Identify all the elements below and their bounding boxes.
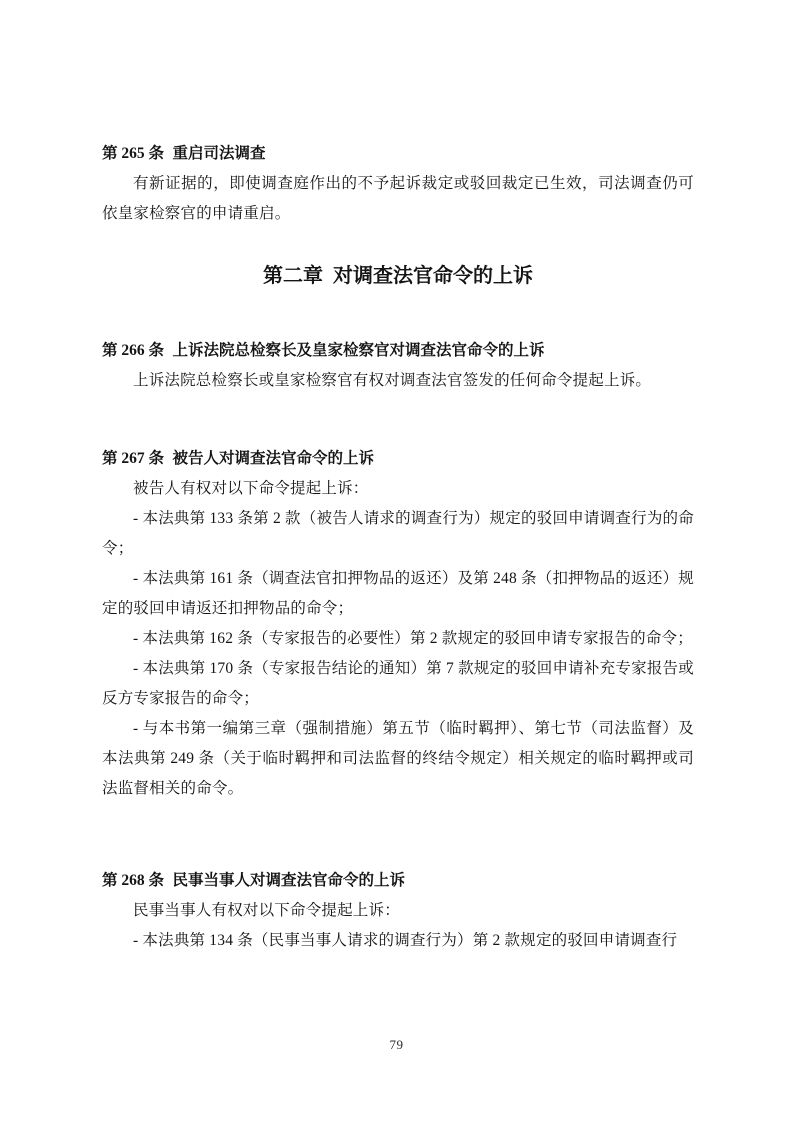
article-268-intro: 民事当事人有权对以下命令提起上诉： — [102, 896, 694, 926]
article-265-title: 重启司法调查 — [173, 145, 266, 162]
article-266: 第 266 条上诉法院总检察长及皇家检察官对调查法官命令的上诉 上诉法院总检察长… — [102, 336, 694, 396]
article-267-number: 第 267 条 — [102, 450, 164, 467]
article-265-paragraph-1: 有新证据的，即使调查庭作出的不予起诉裁定或驳回裁定已生效，司法调查仍可依皇家检察… — [102, 169, 694, 229]
chapter-number: 第二章 — [263, 265, 323, 287]
article-266-title: 上诉法院总检察长及皇家检察官对调查法官命令的上诉 — [173, 342, 545, 359]
article-267-intro: 被告人有权对以下命令提起上诉： — [102, 474, 694, 504]
article-268-number: 第 268 条 — [102, 872, 164, 889]
article-267-item-3: - 本法典第 162 条（专家报告的必要性）第 2 款规定的驳回申请专家报告的命… — [102, 624, 694, 654]
article-268: 第 268 条民事当事人对调查法官命令的上诉 民事当事人有权对以下命令提起上诉：… — [102, 866, 694, 956]
article-267-item-2: - 本法典第 161 条（调查法官扣押物品的返还）及第 248 条（扣押物品的返… — [102, 564, 694, 624]
article-266-paragraph-1: 上诉法院总检察长或皇家检察官有权对调查法官签发的任何命令提起上诉。 — [102, 366, 694, 396]
article-265: 第 265 条重启司法调查 有新证据的，即使调查庭作出的不予起诉裁定或驳回裁定已… — [102, 139, 694, 229]
article-267-item-4: - 本法典第 170 条（专家报告结论的通知）第 7 款规定的驳回申请补充专家报… — [102, 654, 694, 714]
article-267-item-5: - 与本书第一编第三章（强制措施）第五节（临时羁押）、第七节（司法监督）及本法典… — [102, 714, 694, 804]
article-267-item-1: - 本法典第 133 条第 2 款（被告人请求的调查行为）规定的驳回申请调查行为… — [102, 504, 694, 564]
article-268-item-1: - 本法典第 134 条（民事当事人请求的调查行为）第 2 款规定的驳回申请调查… — [102, 926, 694, 956]
article-267-heading: 第 267 条被告人对调查法官命令的上诉 — [102, 444, 694, 474]
article-266-heading: 第 266 条上诉法院总检察长及皇家检察官对调查法官命令的上诉 — [102, 336, 694, 366]
page-content: 第 265 条重启司法调查 有新证据的，即使调查庭作出的不予起诉裁定或驳回裁定已… — [102, 139, 694, 956]
article-267: 第 267 条被告人对调查法官命令的上诉 被告人有权对以下命令提起上诉： - 本… — [102, 444, 694, 804]
article-268-heading: 第 268 条民事当事人对调查法官命令的上诉 — [102, 866, 694, 896]
article-265-heading: 第 265 条重启司法调查 — [102, 139, 694, 169]
article-266-number: 第 266 条 — [102, 342, 164, 359]
page-number: 79 — [390, 1037, 404, 1052]
article-265-number: 第 265 条 — [102, 145, 164, 162]
document-page: 第 265 条重启司法调查 有新证据的，即使调查庭作出的不予起诉裁定或驳回裁定已… — [0, 0, 793, 1122]
chapter-heading: 第二章对调查法官命令的上诉 — [102, 260, 694, 292]
page-footer: 79 — [0, 1036, 793, 1054]
article-267-title: 被告人对调查法官命令的上诉 — [173, 450, 375, 467]
chapter-title: 对调查法官命令的上诉 — [333, 265, 533, 287]
article-268-title: 民事当事人对调查法官命令的上诉 — [173, 872, 406, 889]
